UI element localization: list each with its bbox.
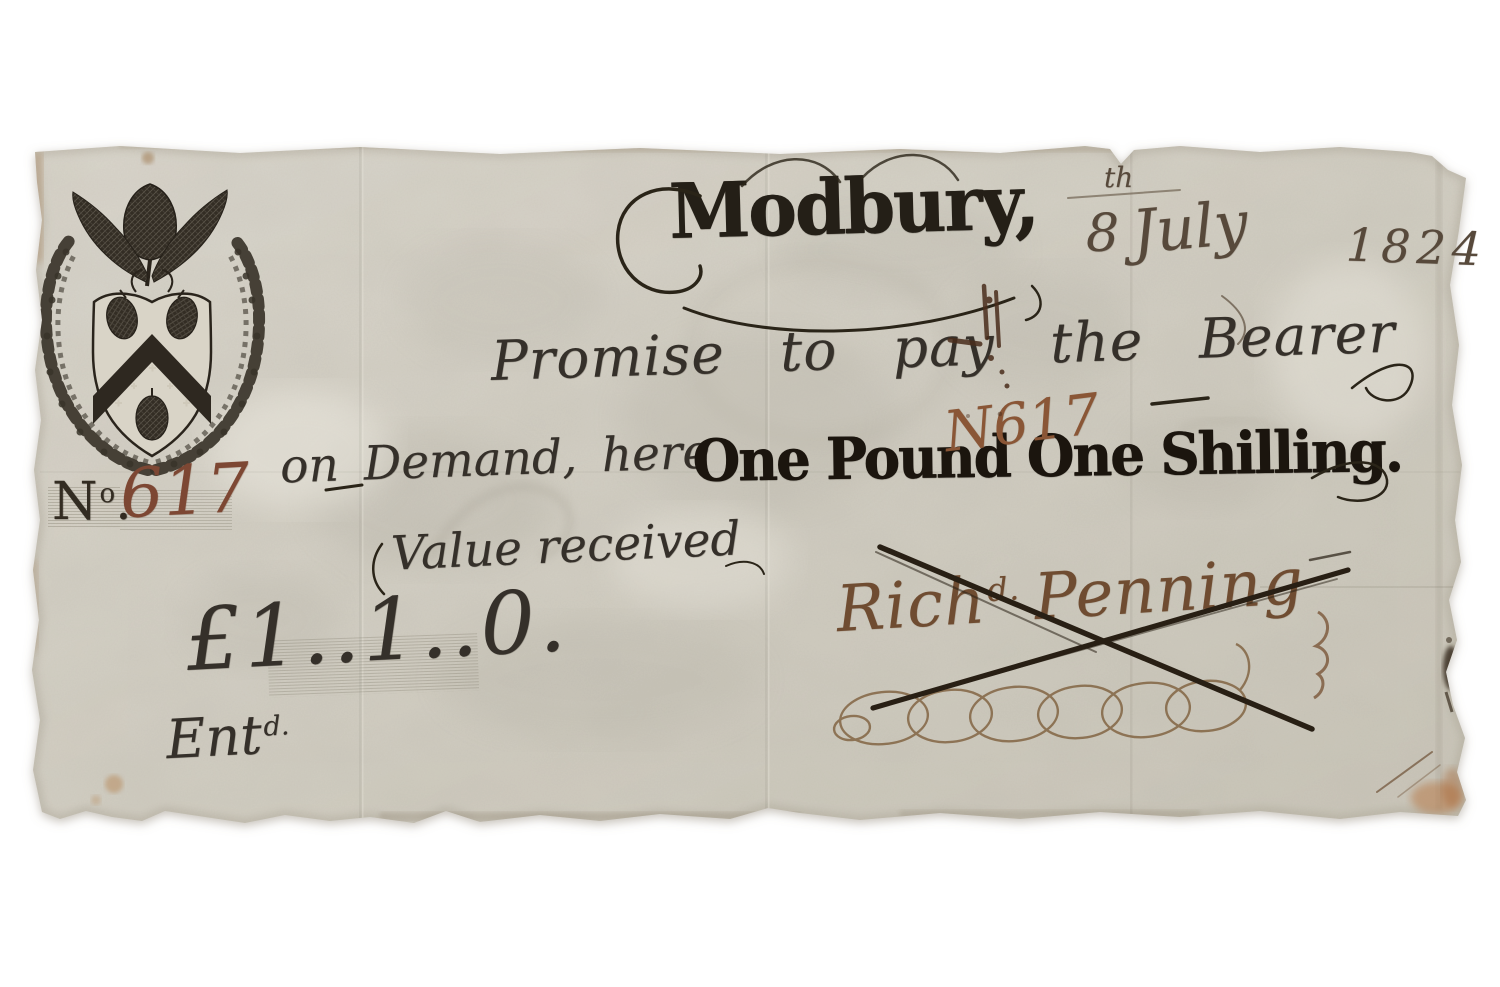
photo-background: Modbury, 8 th July 1824 Promise to pay t… — [0, 0, 1500, 987]
scratch-mark — [1377, 752, 1440, 797]
date-stray-strokes — [1068, 190, 1245, 344]
cancel-x-marks — [873, 547, 1350, 729]
ink-squiggle — [1314, 612, 1328, 698]
ink-overlay — [0, 0, 1500, 987]
ink-blot — [950, 286, 1009, 418]
calligraphic-flourishes — [326, 155, 1413, 594]
